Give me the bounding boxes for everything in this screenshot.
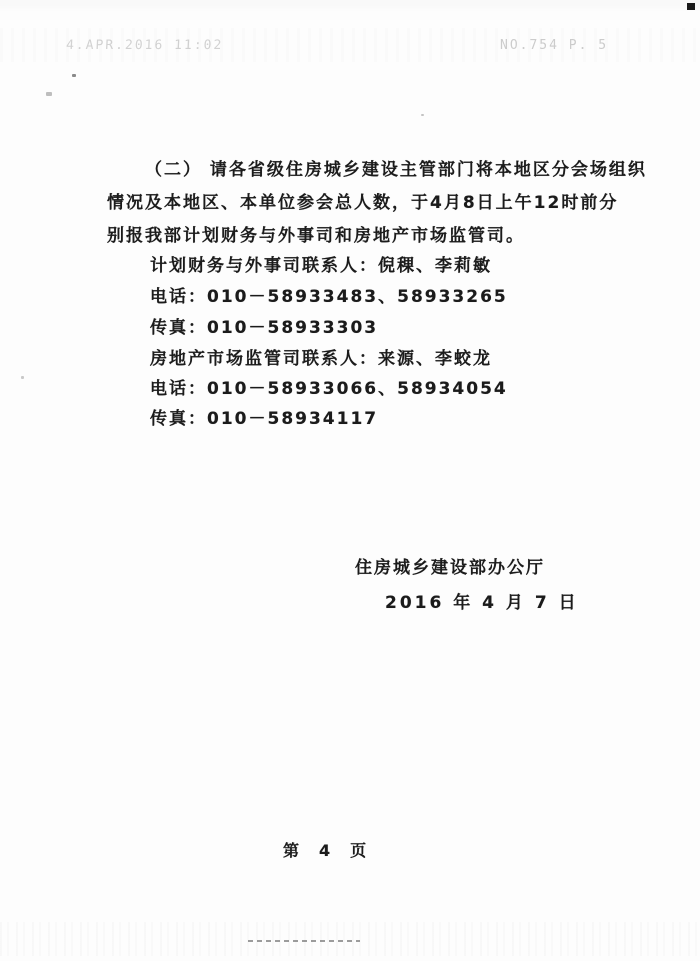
scan-speck [21, 376, 24, 379]
scan-speck [72, 74, 76, 77]
paragraph-line: （二） 请各省级住房城乡建设主管部门将本地区分会场组织 [145, 155, 647, 180]
signature-organization: 住房城乡建设部办公厅 [355, 553, 545, 578]
scan-artifact-dashes [248, 940, 360, 942]
document-page: 4.APR.2016 11:02 NO.754 P. 5 （二） 请各省级住房城… [0, 0, 700, 961]
contact-line-market-dept-phone: 电话：010－58933066、58934054 [150, 374, 508, 399]
contact-line-planning-dept-names: 计划财务与外事司联系人：倪稞、李莉敏 [150, 251, 492, 276]
contact-line-planning-dept-phone: 电话：010－58933483、58933265 [150, 282, 508, 307]
signature-date: 2016 年 4 月 7 日 [385, 588, 579, 613]
scan-corner-mark [687, 3, 695, 10]
contact-line-market-dept-fax: 传真：010－58934117 [150, 404, 378, 429]
scan-speck [421, 114, 424, 116]
contact-line-market-dept-names: 房地产市场监管司联系人：来源、李蛟龙 [150, 344, 492, 369]
scan-artifact-band-bottom [0, 922, 700, 956]
page-number-footer: 第 4 页 [283, 838, 368, 861]
scanned-fax-document: { "fax_header": { "left": "4.APR.2016 11… [0, 0, 700, 961]
scan-speck [46, 92, 52, 96]
scan-artifact-band-top [0, 28, 700, 62]
contact-line-planning-dept-fax: 传真：010－58933303 [150, 313, 378, 338]
paragraph-line: 情况及本地区、本单位参会总人数，于4月8日上午12时前分 [107, 188, 618, 213]
paragraph-line: 别报我部计划财务与外事司和房地产市场监管司。 [107, 221, 525, 246]
